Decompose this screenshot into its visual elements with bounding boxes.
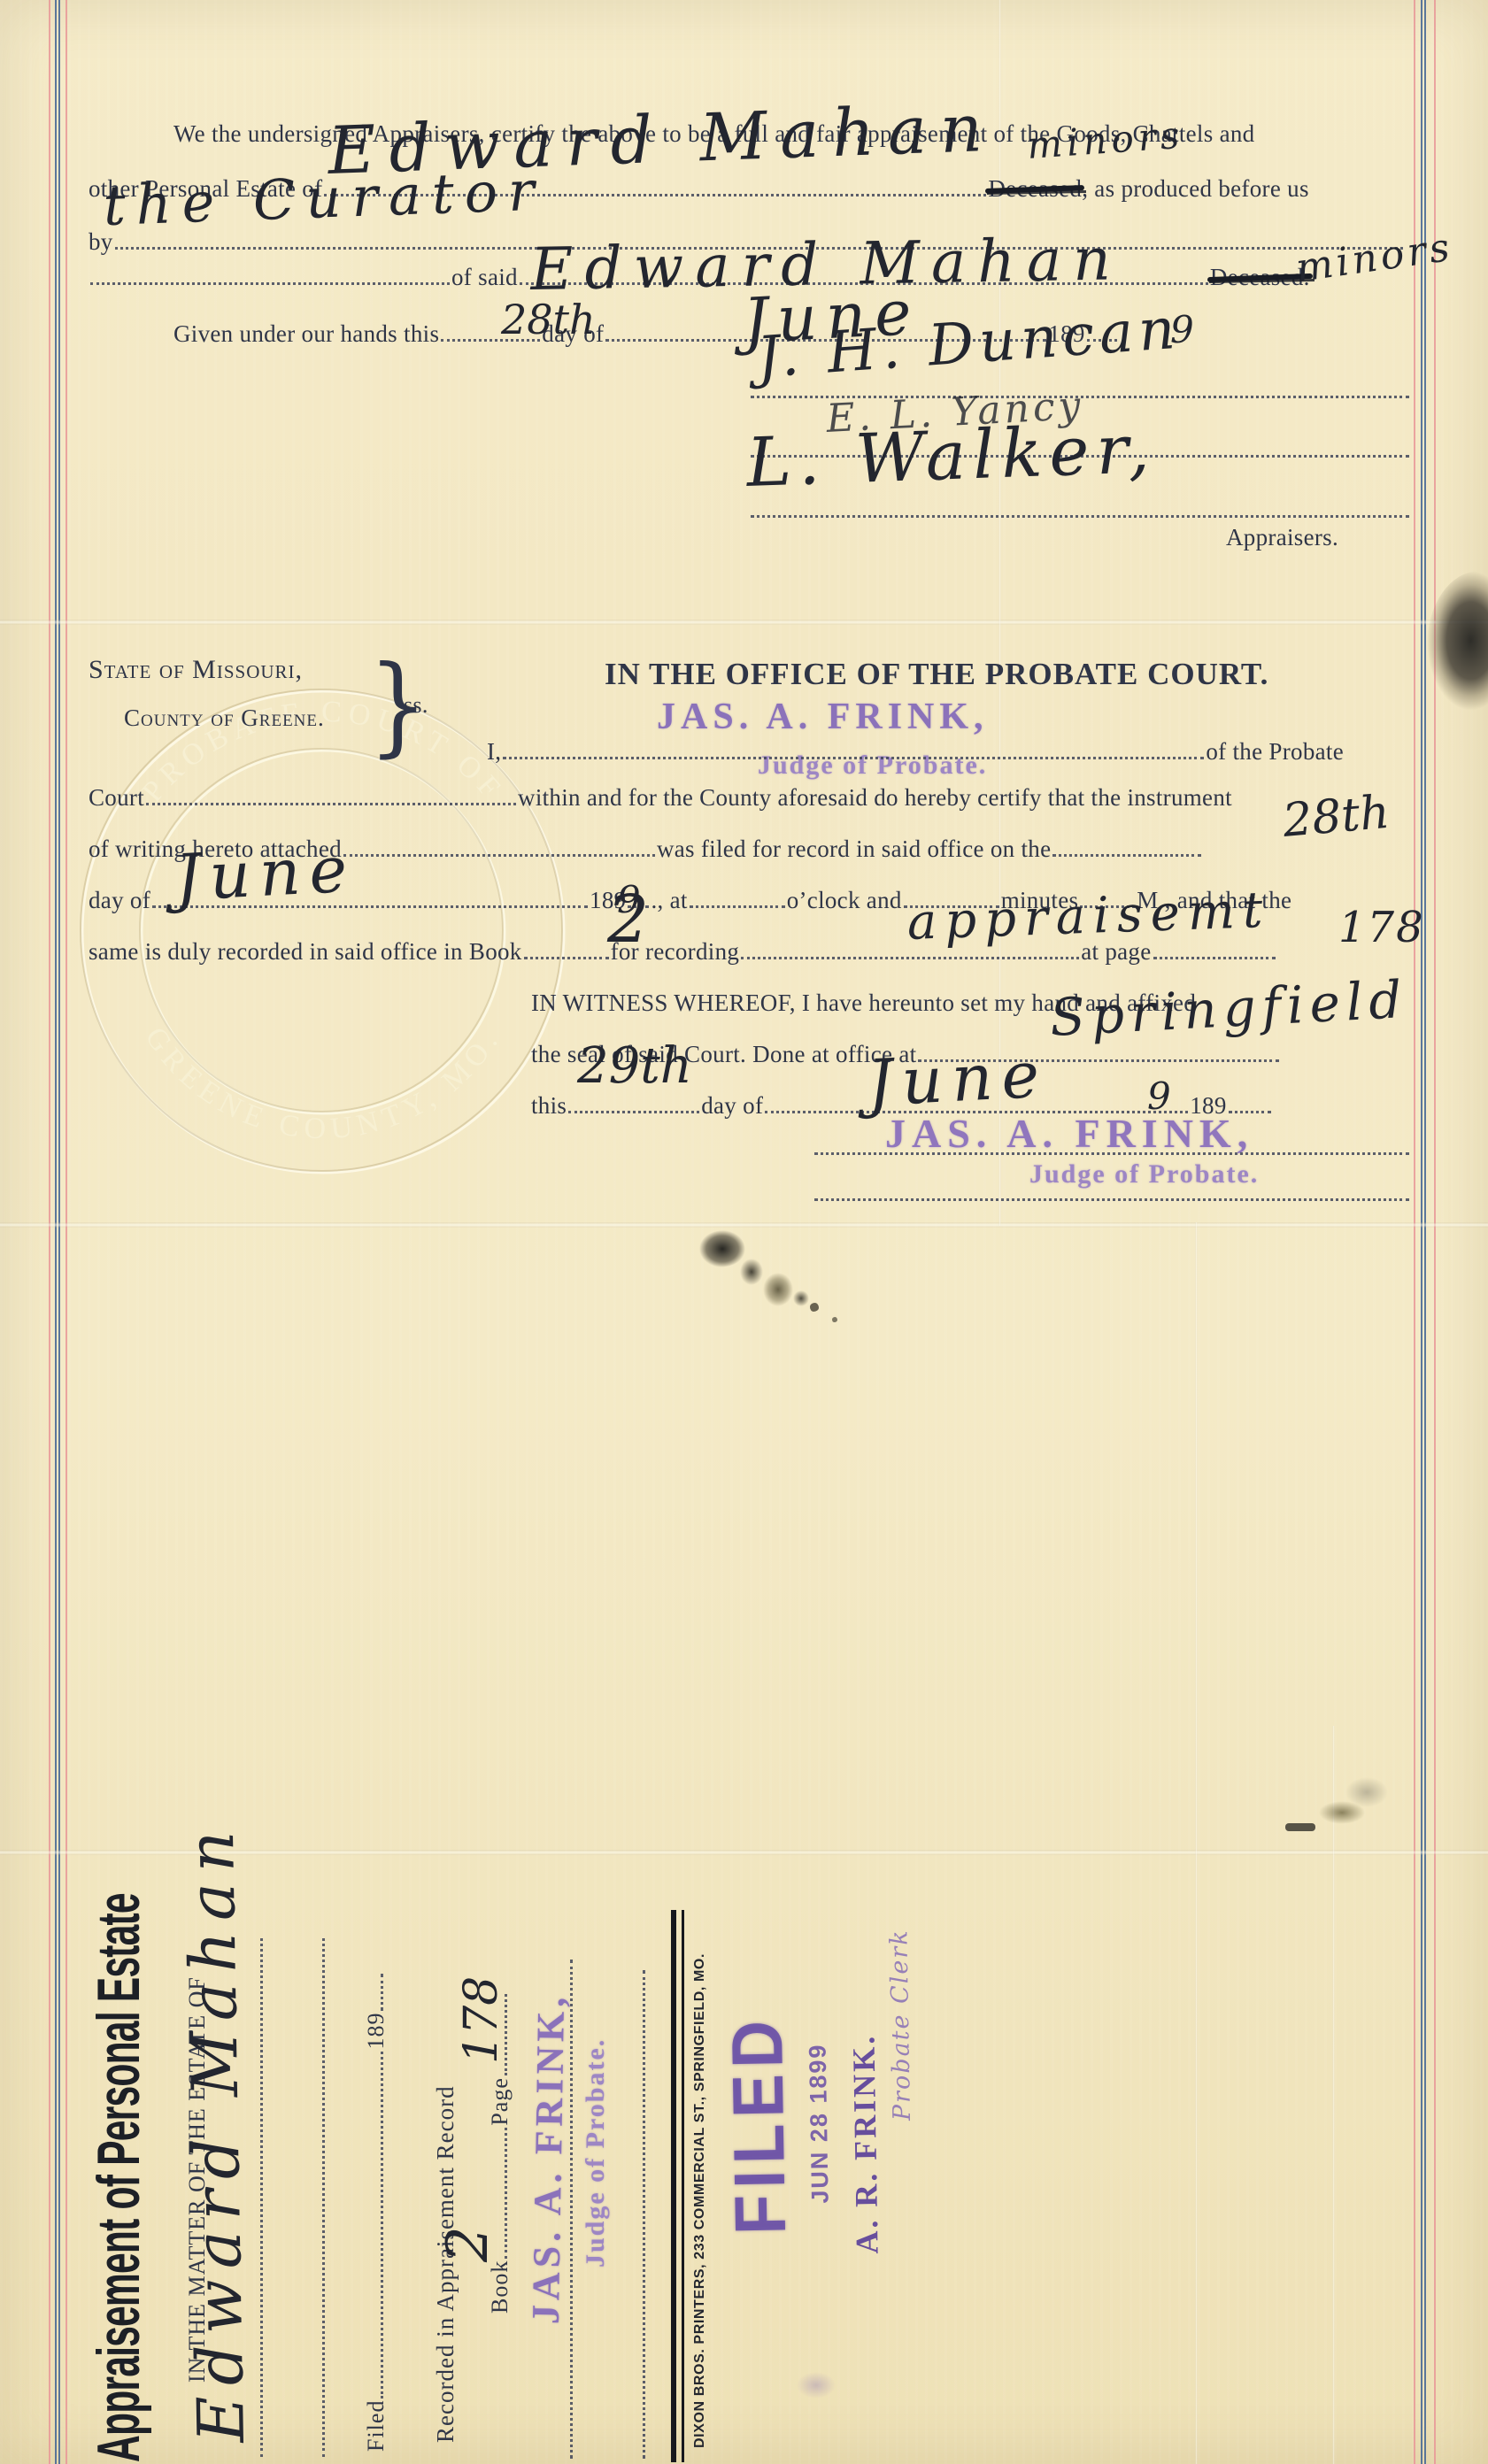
appraiser-signature-3: L. Walker,	[745, 409, 1158, 502]
judge-name-stamp: JAS. A. FRINK,	[523, 1992, 574, 2324]
handwritten-springfield: Springfield	[1048, 969, 1409, 1048]
handwritten-year-9: 9	[1147, 1074, 1171, 1118]
signature-rule-3	[751, 513, 1409, 518]
vertical-fold-crease	[1195, 1222, 1198, 2464]
left-margin-red-line-outer	[49, 0, 50, 2464]
right-margin-blue-line-2	[1424, 0, 1426, 2464]
handwritten-day-29: 29th	[577, 1037, 692, 1095]
struck-deceased-word: Deceased.	[1210, 264, 1310, 291]
handwritten-book-number: 2	[436, 2226, 501, 2262]
appraisers-label: Appraisers.	[1226, 524, 1338, 551]
seal-ring-text-bottom: GREENE COUNTY, MO.	[139, 1021, 508, 1145]
probate-court-line: Courtwithin and for the County aforesaid…	[89, 784, 1232, 812]
county-line: County of Greene.	[124, 705, 325, 732]
left-margin-blue-line-2	[58, 0, 60, 2464]
docket-recorded-line: Recorded in Appraisement Record	[432, 2085, 459, 2443]
ink-spatter	[832, 1317, 837, 1322]
handwritten-page-178: 178	[1338, 903, 1425, 952]
handwritten-estate-name: Edward Mahan	[173, 1820, 258, 2443]
ink-spatter	[699, 1230, 745, 1267]
blank-rule	[814, 1197, 1409, 1201]
ink-smudge	[1345, 1777, 1388, 1807]
filed-stamp-clerk-title: Probate Clerk	[885, 1929, 916, 2121]
docket-double-rule	[671, 1910, 684, 2462]
state-line: State of Missouri,	[89, 655, 303, 685]
handwritten-curator: the Curator	[102, 158, 545, 238]
svg-text:GREENE COUNTY, MO.: GREENE COUNTY, MO.	[139, 1021, 508, 1145]
ink-blot	[1427, 571, 1488, 726]
right-margin-red-line-inner	[1414, 0, 1415, 2464]
horizontal-fold-crease	[0, 620, 1488, 625]
handwritten-page-178: 178	[455, 1976, 508, 2064]
filed-stamp: FILED JUN 28 1899 A. R. FRINK. Probate C…	[713, 1971, 946, 2417]
probate-i-line: I,of the Probate	[487, 738, 1344, 766]
docket-blank-rule	[641, 1970, 645, 2459]
docket-filed-line: Filed189	[363, 1972, 389, 2452]
printer-credit-line: DIXON BROS. PRINTERS, 233 COMMERCIAL ST.…	[692, 1953, 708, 2448]
scanned-probate-document-page: PROBATE COURT OF GREENE COUNTY, MO. We t…	[0, 0, 1488, 2464]
handwritten-day-28: 28th	[501, 296, 596, 343]
filed-stamp-clerk-name: A. R. FRINK.	[844, 2033, 885, 2254]
docket-judge-rule	[568, 1960, 573, 2459]
handwritten-filed-day-28: 28th	[1281, 786, 1392, 848]
docket-title: Appraisement of Personal Estate	[85, 1768, 138, 2462]
struck-deceased-word: Deceased	[988, 175, 1082, 203]
left-margin-blue-line-1	[55, 0, 57, 2464]
filed-stamp-word: FILED	[715, 2014, 802, 2235]
ink-spatter	[763, 1273, 793, 1306]
ss-label: ss.	[404, 692, 428, 719]
handwritten-month-june: June	[173, 831, 358, 915]
probate-court-heading: IN THE OFFICE OF THE PROBATE COURT.	[605, 657, 1268, 692]
handwritten-month-june: June	[866, 1036, 1050, 1120]
vertical-fold-crease	[1332, 1726, 1335, 2464]
docket-name-rule-1	[258, 1938, 263, 2457]
right-margin-blue-line-1	[1421, 0, 1422, 2464]
docket-panel: Appraisement of Personal Estate IN THE M…	[71, 1903, 744, 2464]
ink-spatter	[810, 1303, 819, 1312]
ink-smudge	[1285, 1823, 1315, 1831]
judge-signature-rule	[814, 1151, 1409, 1155]
filed-stamp-date: JUN 28 1899	[805, 2043, 835, 2204]
ink-spatter	[740, 1259, 763, 1285]
left-margin-red-line-inner	[66, 0, 67, 2464]
judge-name-stamp: JAS. A. FRINK,	[657, 696, 989, 738]
ink-spatter	[793, 1290, 809, 1306]
handwritten-book-number: 2	[607, 882, 649, 958]
docket-name-rule-2	[320, 1938, 325, 2457]
horizontal-fold-crease	[0, 1222, 1488, 1228]
right-margin-red-line-outer	[1434, 0, 1436, 2464]
judge-title-stamp: Judge of Probate.	[1029, 1159, 1259, 1190]
judge-title-stamp: Judge of Probate.	[581, 2038, 611, 2268]
